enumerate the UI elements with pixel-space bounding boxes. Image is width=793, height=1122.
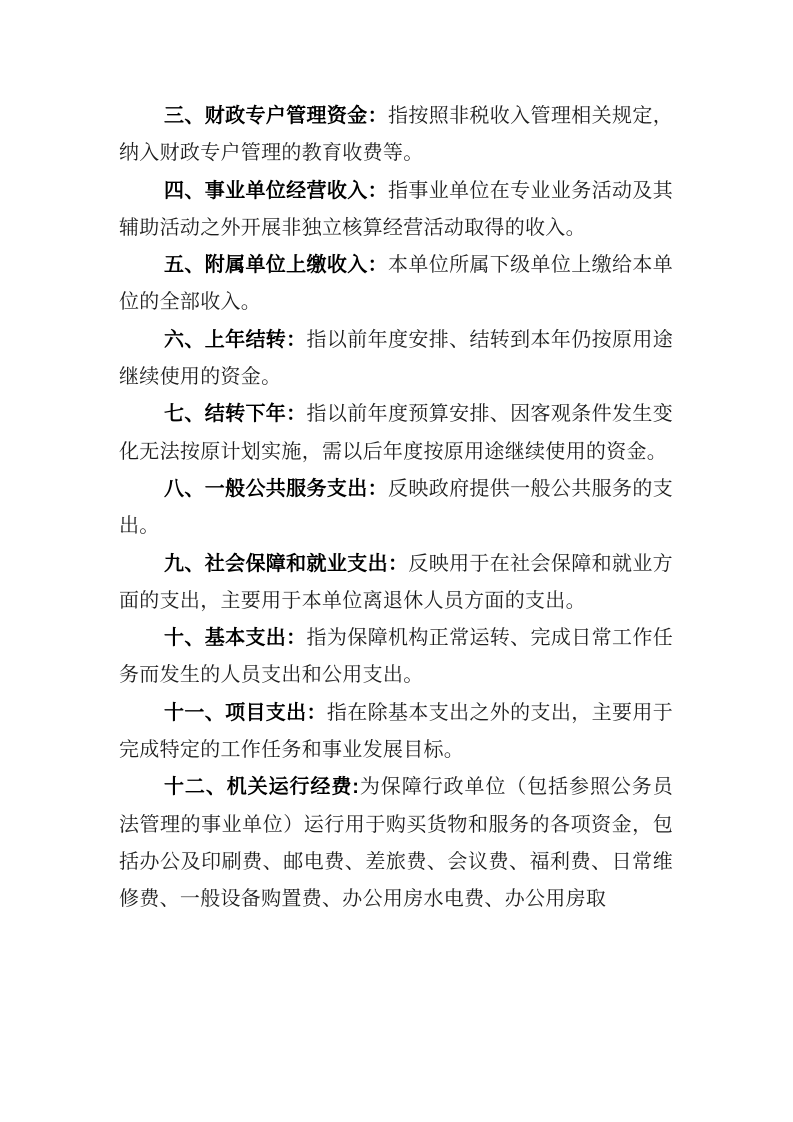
definition-item: 九、社会保障和就业支出：反映用于在社会保障和就业方面的支出，主要用于本单位离退休… [119,546,673,621]
definition-item: 四、事业单位经营收入：指事业单位在专业业务活动及其辅助活动之外开展非独立核算经营… [119,173,673,248]
definition-item: 十一、项目支出：指在除基本支出之外的支出，主要用于完成特定的工作任务和事业发展目… [119,695,673,770]
document-page: 三、财政专户管理资金：指按照非税收入管理相关规定，纳入财政专户管理的教育收费等。… [0,0,793,1122]
definition-term: 九、社会保障和就业支出： [164,553,408,575]
definition-term: 七、结转下年： [164,403,307,425]
definition-term: 四、事业单位经营收入： [164,180,388,202]
definition-item: 三、财政专户管理资金：指按照非税收入管理相关规定，纳入财政专户管理的教育收费等。 [119,98,673,173]
definition-item: 七、结转下年：指以前年度预算安排、因客观条件发生变化无法按原计划实施，需以后年度… [119,396,673,471]
definition-item: 十二、机关运行经费:为保障行政单位（包括参照公务员法管理的事业单位）运行用于购买… [119,769,673,918]
definition-term: 十二、机关运行经费: [164,776,359,798]
definition-term: 五、附属单位上缴收入： [164,254,388,276]
document-text-block: 三、财政专户管理资金：指按照非税收入管理相关规定，纳入财政专户管理的教育收费等。… [119,98,673,919]
definition-term: 十、基本支出： [164,627,307,649]
definition-term: 十一、项目支出： [164,702,327,724]
definition-item: 六、上年结转：指以前年度安排、结转到本年仍按原用途继续使用的资金。 [119,322,673,397]
definition-term: 六、上年结转： [164,329,307,351]
definition-term: 三、财政专户管理资金： [164,105,388,127]
definition-term: 八、一般公共服务支出： [164,478,388,500]
definition-item: 十、基本支出：指为保障机构正常运转、完成日常工作任务而发生的人员支出和公用支出。 [119,620,673,695]
definition-item: 八、一般公共服务支出：反映政府提供一般公共服务的支出。 [119,471,673,546]
definition-item: 五、附属单位上缴收入：本单位所属下级单位上缴给本单位的全部收入。 [119,247,673,322]
